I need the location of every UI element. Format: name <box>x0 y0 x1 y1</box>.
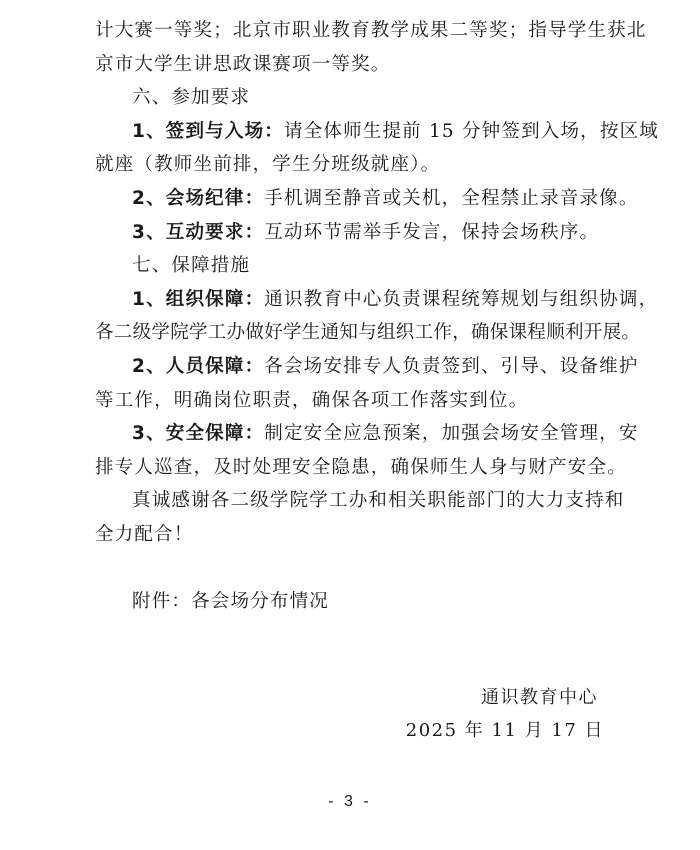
item-label: 3、互动要求： <box>132 222 264 243</box>
signature-date: 2025 年 11 月 17 日 <box>406 716 604 742</box>
item-text: 手机调至静音或关机，全程禁止录音录像。 <box>264 188 638 209</box>
section-6-item-1-line-1: 1、签到与入场：请全体师生提前 15 分钟签到入场，按区域 <box>95 115 619 149</box>
paragraph-continuation-line-2: 京市大学生讲思政课赛项一等奖。 <box>95 48 619 82</box>
section-7-heading: 七、保障措施 <box>95 249 619 283</box>
document-page: 计大赛一等奖；北京市职业教育教学成果二等奖；指导学生获北 京市大学生讲思政课赛项… <box>95 14 619 619</box>
item-label: 1、签到与入场： <box>132 121 284 142</box>
attachment-note: 附件：各会场分布情况 <box>95 585 619 619</box>
thanks-line-1: 真诚感谢各二级学院学工办和相关职能部门的大力支持和 <box>95 484 619 518</box>
item-text: 各会场安排专人负责签到、引导、设备维护 <box>264 356 638 377</box>
section-7-item-3-line-1: 3、安全保障：制定安全应急预案，加强会场安全管理，安 <box>95 417 619 451</box>
section-7-item-2-line-2: 等工作，明确岗位职责，确保各项工作落实到位。 <box>95 384 619 418</box>
section-7-item-3-line-2: 排专人巡查，及时处理安全隐患，确保师生人身与财产安全。 <box>95 451 619 485</box>
item-text: 互动环节需举手发言，保持会场秩序。 <box>264 222 599 243</box>
section-6-item-1-line-2: 就座（教师坐前排，学生分班级就座）。 <box>95 148 619 182</box>
signature-organization: 通识教育中心 <box>481 683 598 709</box>
paragraph-continuation-line-1: 计大赛一等奖；北京市职业教育教学成果二等奖；指导学生获北 <box>95 14 619 48</box>
item-label: 3、安全保障： <box>132 423 264 444</box>
item-label: 2、人员保障： <box>132 356 264 377</box>
section-7-item-1-line-1: 1、组织保障：通识教育中心负责课程统筹规划与组织协调， <box>95 283 619 317</box>
blank-line <box>95 552 619 586</box>
section-7-item-1-line-2: 各二级学院学工办做好学生通知与组织工作，确保课程顺利开展。 <box>95 316 619 350</box>
item-label: 1、组织保障： <box>132 289 264 310</box>
item-text: 通识教育中心负责课程统筹规划与组织协调， <box>264 289 658 310</box>
item-text: 制定安全应急预案，加强会场安全管理，安 <box>264 423 638 444</box>
section-6-item-2: 2、会场纪律：手机调至静音或关机，全程禁止录音录像。 <box>95 182 619 216</box>
thanks-line-2: 全力配合！ <box>95 518 619 552</box>
section-7-item-2-line-1: 2、人员保障：各会场安排专人负责签到、引导、设备维护 <box>95 350 619 384</box>
page-number: - 3 - <box>0 793 700 811</box>
section-6-item-3: 3、互动要求：互动环节需举手发言，保持会场秩序。 <box>95 216 619 250</box>
section-6-heading: 六、参加要求 <box>95 81 619 115</box>
item-label: 2、会场纪律： <box>132 188 264 209</box>
item-text: 请全体师生提前 15 分钟签到入场，按区域 <box>284 121 659 142</box>
